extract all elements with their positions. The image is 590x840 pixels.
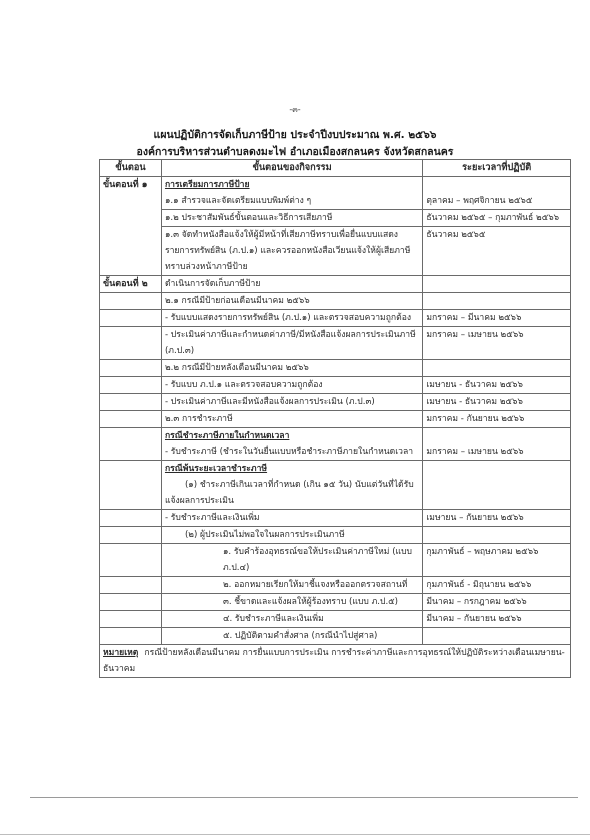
table-row: - รับชำระภาษีและเงินเพิ่ม เมษายน – กันยา…: [100, 510, 571, 527]
period-cell: มกราคม - กันยายน ๒๕๖๖: [423, 411, 571, 428]
stage-1-heading: การเตรียมการภาษีป้าย: [165, 180, 250, 190]
note-row: หมายเหตุกรณีป้ายหลังเดือนมีนาคม การยื่นแ…: [100, 645, 571, 678]
table-row: ขั้นตอนที่ ๒ ดำเนินการจัดเก็บภาษีป้าย: [100, 276, 571, 293]
period-cell: [423, 527, 571, 544]
table-row: กรณีชำระภาษีภายในกำหนดเวลา - รับชำระภาษี…: [100, 428, 571, 461]
activity-text: (๒) ผู้ประเมินไม่พอใจในผลการประเมินภาษี: [165, 527, 419, 543]
table-row: - ประเมินค่าภาษีและมีหนังสือแจ้งผลการประ…: [100, 394, 571, 411]
activity-cell: กรณีชำระภาษีภายในกำหนดเวลา - รับชำระภาษี…: [161, 428, 422, 461]
header-period: ระยะเวลาที่ปฏิบัติ: [423, 160, 571, 177]
header-activity: ขั้นตอนของกิจกรรม: [161, 160, 422, 177]
activity-cell: ๑.๒ ประชาสัมพันธ์ขั้นตอนและวิธีการเสียภา…: [161, 210, 422, 227]
stage-cell-empty: [100, 293, 162, 310]
stage-cell-empty: [100, 628, 162, 645]
stage-cell-empty: [100, 577, 162, 594]
stage-cell-empty: [100, 411, 162, 428]
period-cell: [423, 276, 571, 293]
stage-cell-empty: [100, 527, 162, 544]
table-row: ๕. ปฏิบัติตามคำสั่งศาล (กรณีนำไปสู่ศาล): [100, 628, 571, 645]
period-cell: เมษายน - ธันวาคม ๒๕๖๖: [423, 394, 571, 411]
activity-cell: ๑. รับคำร้องอุทธรณ์ขอให้ประเมินค่าภาษีให…: [161, 544, 422, 577]
activity-cell: การเตรียมการภาษีป้าย ๑.๑ สำรวจและจัดเตรี…: [161, 177, 422, 210]
period-cell: ตุลาคม – พฤศจิกายน ๒๕๖๕: [423, 177, 571, 210]
activity-text: ๒. ออกหมายเรียกให้มาชี้แจงหรือออกตรวจสถา…: [165, 577, 419, 593]
note-cell: หมายเหตุกรณีป้ายหลังเดือนมีนาคม การยื่นแ…: [100, 645, 571, 678]
stage-cell-empty: [100, 310, 162, 327]
activity-cell: - ประเมินค่าภาษีและกำหนดค่าภาษี/มีหนังสื…: [161, 327, 422, 360]
period-cell: มกราคม – เมษายน ๒๕๖๖: [423, 327, 571, 360]
activity-cell: ๓. ชี้ขาดและแจ้งผลให้ผู้ร้องทราบ (แบบ ภ.…: [161, 594, 422, 611]
activity-text: (๑) ชำระภาษีเกินเวลาที่กำหนด (เกิน ๑๕ วั…: [165, 480, 414, 506]
table-row: ๒.๑ กรณีมีป้ายก่อนเดือนมีนาคม ๒๕๖๖: [100, 293, 571, 310]
table-row: ๒.๓ การชำระภาษี มกราคม - กันยายน ๒๕๖๖: [100, 411, 571, 428]
activity-cell: ๒.๑ กรณีมีป้ายก่อนเดือนมีนาคม ๒๕๖๖: [161, 293, 422, 310]
period-cell: เมษายน - ธันวาคม ๒๕๖๖: [423, 377, 571, 394]
activity-cell: ๑.๓ จัดทำหนังสือแจ้งให้ผู้มีหน้าที่เสียภ…: [161, 227, 422, 276]
table-row: ๒. ออกหมายเรียกให้มาชี้แจงหรือออกตรวจสถา…: [100, 577, 571, 594]
stage-cell-empty: [100, 611, 162, 628]
stage-cell-empty: [100, 428, 162, 461]
period-cell: ธันวาคม ๒๕๖๕ – กุมภาพันธ์ ๒๕๖๖: [423, 210, 571, 227]
period-cell: [423, 461, 571, 510]
activity-text: ๕. ปฏิบัติตามคำสั่งศาล (กรณีนำไปสู่ศาล): [165, 628, 419, 644]
stage-cell-empty: [100, 544, 162, 577]
activity-text: - รับชำระภาษี (ชำระในวันยื่นแบบหรือชำระภ…: [165, 447, 413, 457]
page-bottom-edge: [0, 834, 590, 835]
document-subtitle: องค์การบริหารส่วนตำบลดงมะไฟ อำเภอเมืองสก…: [0, 143, 590, 160]
note-label: หมายเหตุ: [103, 648, 138, 658]
table-row: ๑.๒ ประชาสัมพันธ์ขั้นตอนและวิธีการเสียภา…: [100, 210, 571, 227]
table-row: ๑.๓ จัดทำหนังสือแจ้งให้ผู้มีหน้าที่เสียภ…: [100, 227, 571, 276]
table-row: (๒) ผู้ประเมินไม่พอใจในผลการประเมินภาษี: [100, 527, 571, 544]
activity-cell: ๕. ปฏิบัติตามคำสั่งศาล (กรณีนำไปสู่ศาล): [161, 628, 422, 645]
period-cell: มกราคม – มีนาคม ๒๕๖๖: [423, 310, 571, 327]
period-text: ตุลาคม – พฤศจิกายน ๒๕๖๕: [426, 196, 532, 206]
activity-cell: - รับแบบแสดงรายการทรัพย์สิน (ภ.ป.๑) และต…: [161, 310, 422, 327]
activity-cell: - รับชำระภาษีและเงินเพิ่ม: [161, 510, 422, 527]
period-cell: [423, 293, 571, 310]
stage-2-label: ขั้นตอนที่ ๒: [100, 276, 162, 293]
activity-cell: (๒) ผู้ประเมินไม่พอใจในผลการประเมินภาษี: [161, 527, 422, 544]
period-cell: [423, 628, 571, 645]
table-row: - รับแบบ ภ.ป.๑ และตรวจสอบความถูกต้อง เมษ…: [100, 377, 571, 394]
ontime-heading: กรณีชำระภาษีภายในกำหนดเวลา: [165, 431, 289, 441]
activity-cell: ๒. ออกหมายเรียกให้มาชี้แจงหรือออกตรวจสถา…: [161, 577, 422, 594]
footer-divider: [30, 797, 578, 798]
stage-2-heading: ดำเนินการจัดเก็บภาษีป้าย: [161, 276, 422, 293]
table-row: - ประเมินค่าภาษีและกำหนดค่าภาษี/มีหนังสื…: [100, 327, 571, 360]
activity-cell: - ประเมินค่าภาษีและมีหนังสือแจ้งผลการประ…: [161, 394, 422, 411]
period-cell: [423, 360, 571, 377]
table-row: ๒.๒ กรณีมีป้ายหลังเดือนมีนาคม ๒๕๖๖: [100, 360, 571, 377]
stage-cell-empty: [100, 377, 162, 394]
activity-text: ๓. ชี้ขาดและแจ้งผลให้ผู้ร้องทราบ (แบบ ภ.…: [165, 594, 419, 610]
note-text: กรณีป้ายหลังเดือนมีนาคม การยื่นแบบการประ…: [103, 648, 565, 674]
stage-cell-empty: [100, 594, 162, 611]
period-cell: มีนาคม – กันยายน ๒๕๖๖: [423, 611, 571, 628]
activity-cell: ๒.๓ การชำระภาษี: [161, 411, 422, 428]
page-number: -๓-: [0, 103, 590, 116]
activity-cell: ๒.๒ กรณีมีป้ายหลังเดือนมีนาคม ๒๕๖๖: [161, 360, 422, 377]
activity-text: ๑.๑ สำรวจและจัดเตรียมแบบพิมพ์ต่าง ๆ: [165, 196, 311, 206]
late-heading: กรณีพ้นระยะเวลาชำระภาษี: [165, 464, 267, 474]
table-row: กรณีพ้นระยะเวลาชำระภาษี (๑) ชำระภาษีเกิน…: [100, 461, 571, 510]
activity-cell: กรณีพ้นระยะเวลาชำระภาษี (๑) ชำระภาษีเกิน…: [161, 461, 422, 510]
activity-cell: ๔. รับชำระภาษีและเงินเพิ่ม: [161, 611, 422, 628]
activity-cell: - รับแบบ ภ.ป.๑ และตรวจสอบความถูกต้อง: [161, 377, 422, 394]
period-text: มกราคม – เมษายน ๒๕๖๖: [426, 447, 523, 457]
table-row: ๑. รับคำร้องอุทธรณ์ขอให้ประเมินค่าภาษีให…: [100, 544, 571, 577]
stage-cell-empty: [100, 327, 162, 360]
period-cell: กุมภาพันธ์ - มิถุนายน ๒๕๖๖: [423, 577, 571, 594]
stage-cell-empty: [100, 360, 162, 377]
header-stage: ขั้นตอน: [100, 160, 162, 177]
table-row: ๓. ชี้ขาดและแจ้งผลให้ผู้ร้องทราบ (แบบ ภ.…: [100, 594, 571, 611]
period-cell: มกราคม – เมษายน ๒๕๖๖: [423, 428, 571, 461]
table-header-row: ขั้นตอน ขั้นตอนของกิจกรรม ระยะเวลาที่ปฏิ…: [100, 160, 571, 177]
period-cell: มีนาคม – กรกฎาคม ๒๕๖๖: [423, 594, 571, 611]
stage-cell-empty: [100, 461, 162, 510]
document-title: แผนปฏิบัติการจัดเก็บภาษีป้าย ประจำปีงบปร…: [0, 126, 590, 143]
stage-cell-empty: [100, 510, 162, 527]
table-row: ขั้นตอนที่ ๑ การเตรียมการภาษีป้าย ๑.๑ สำ…: [100, 177, 571, 210]
table-row: - รับแบบแสดงรายการทรัพย์สิน (ภ.ป.๑) และต…: [100, 310, 571, 327]
period-cell: ธันวาคม ๒๕๖๕: [423, 227, 571, 276]
stage-cell-empty: [100, 394, 162, 411]
activity-text: ๑. รับคำร้องอุทธรณ์ขอให้ประเมินค่าภาษีให…: [165, 544, 419, 576]
stage-1-label: ขั้นตอนที่ ๑: [100, 177, 162, 276]
activity-text: ๔. รับชำระภาษีและเงินเพิ่ม: [165, 611, 419, 627]
period-cell: กุมภาพันธ์ – พฤษภาคม ๒๕๖๖: [423, 544, 571, 577]
period-cell: เมษายน – กันยายน ๒๕๖๖: [423, 510, 571, 527]
table-row: ๔. รับชำระภาษีและเงินเพิ่ม มีนาคม – กันย…: [100, 611, 571, 628]
plan-table: ขั้นตอน ขั้นตอนของกิจกรรม ระยะเวลาที่ปฏิ…: [99, 159, 571, 678]
